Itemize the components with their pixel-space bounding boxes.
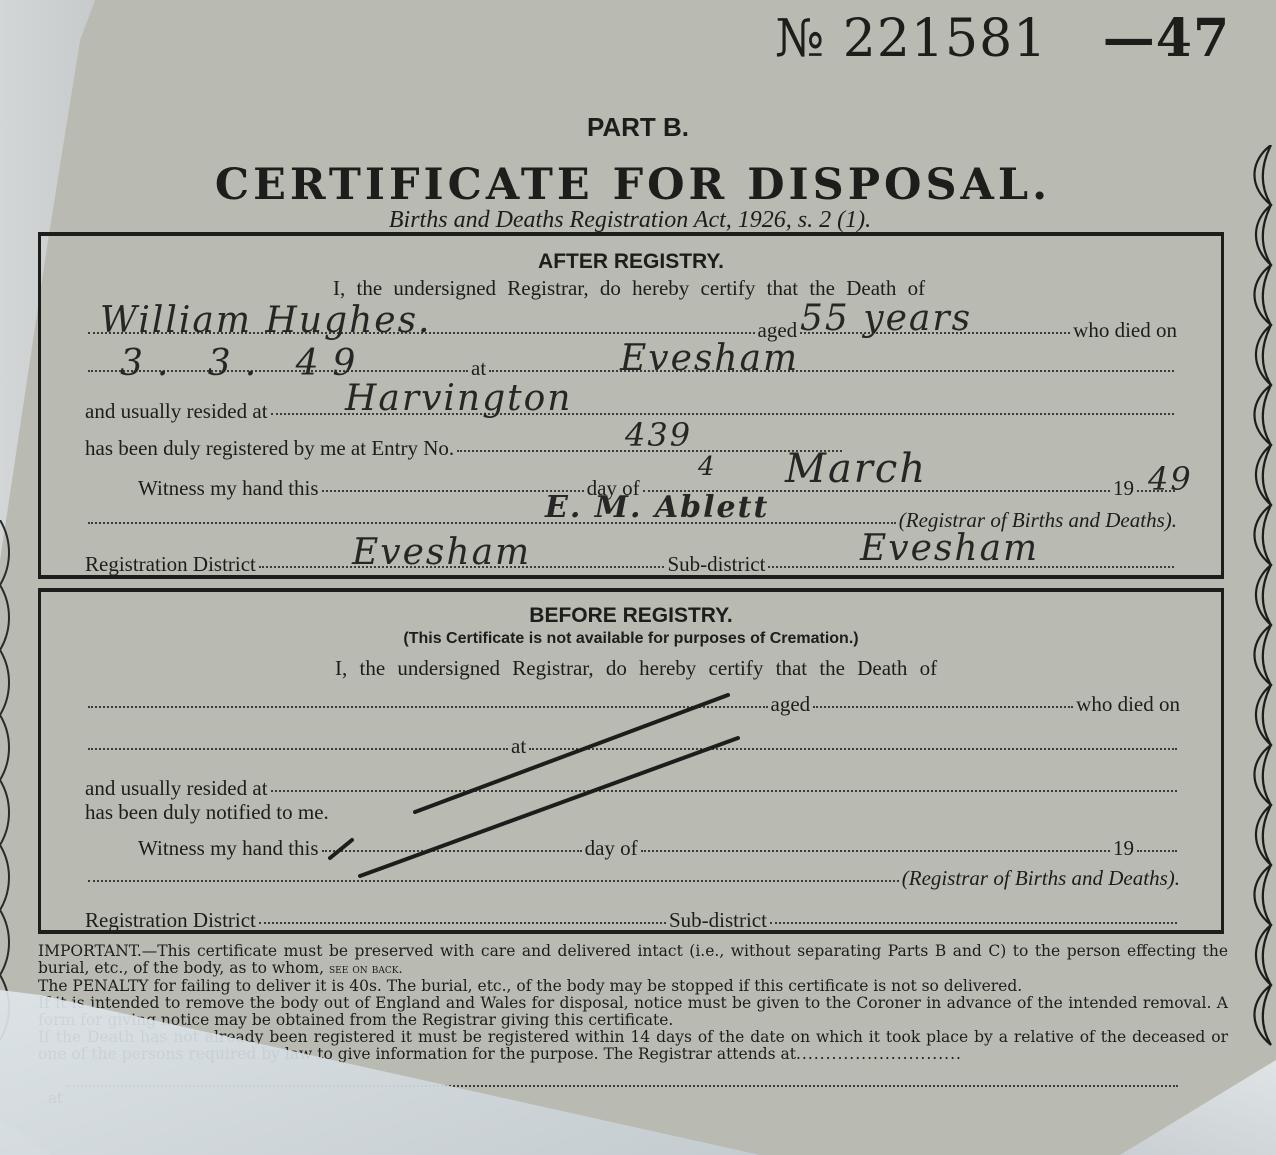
notice-important: IMPORTANT.—This certificate must be pres… <box>38 943 1228 978</box>
handwritten-place-of-death: Evesham <box>620 338 799 379</box>
before-date-field[interactable] <box>88 748 508 750</box>
handwritten-name: William Hughes. <box>100 300 432 341</box>
notice-penalty: The PENALTY for failing to deliver it is… <box>38 978 1228 995</box>
before-name-field[interactable] <box>88 706 768 708</box>
serial-prefix: № <box>775 9 825 69</box>
before-age-field[interactable] <box>813 706 1073 708</box>
handwritten-witness-day: 4 <box>698 452 717 482</box>
before-district-field[interactable] <box>259 922 666 924</box>
serial-suffix: —47 <box>1103 8 1230 69</box>
registrar-signature-field[interactable] <box>88 522 896 524</box>
before-intro: I, the undersigned Registrar, do hereby … <box>335 656 1180 681</box>
handwritten-subdistrict: Evesham <box>860 528 1039 569</box>
before-date-row: at <box>85 734 1180 759</box>
before-residence-field[interactable] <box>271 790 1177 792</box>
before-witness-month-field[interactable] <box>641 850 1110 852</box>
serial-value: 221581 <box>843 9 1048 69</box>
before-witness-day-field[interactable] <box>322 850 582 852</box>
handwritten-residence: Harvington <box>345 378 572 419</box>
notice-removal: If it is intended to remove the body out… <box>38 995 1228 1029</box>
document-title: CERTIFICATE FOR DISPOSAL. <box>118 160 1148 210</box>
after-intro: I, the undersigned Registrar, do hereby … <box>333 276 1178 301</box>
handwritten-age: 55 years <box>800 298 972 339</box>
before-registrar-signature-field[interactable] <box>88 880 899 882</box>
handwritten-witness-year: 49 <box>1148 460 1193 498</box>
before-place-field[interactable] <box>529 748 1177 750</box>
before-district-row: Registration District Sub-district <box>85 908 1180 933</box>
before-notified-row: has been duly notified to me. <box>85 800 329 825</box>
before-residence-row: and usually resided at <box>85 776 1180 801</box>
after-registry-section: AFTER REGISTRY. I, the undersigned Regis… <box>38 232 1224 579</box>
handwritten-death-date: 3. 3. 49 <box>120 343 369 384</box>
ornamental-border-right <box>1243 145 1276 1065</box>
before-witness-year-field[interactable] <box>1137 850 1177 852</box>
handwritten-witness-month: March <box>785 446 927 492</box>
before-name-row: aged who died on <box>85 692 1180 717</box>
handwritten-district: Evesham <box>352 532 531 573</box>
before-witness-row: Witness my hand this day of 19 <box>138 836 1180 861</box>
before-registry-heading: BEFORE REGISTRY. <box>41 604 1221 628</box>
after-registry-heading: AFTER REGISTRY. <box>41 250 1221 274</box>
part-label: PART B. <box>0 112 1276 143</box>
handwritten-registrar-signature: E. M. Ablett <box>545 490 769 525</box>
serial-number: № 221581 —47 <box>775 8 1230 69</box>
place-field[interactable] <box>489 370 1174 372</box>
after-entry-row: has been duly registered by me at Entry … <box>85 436 845 461</box>
document-subtitle: Births and Deaths Registration Act, 1926… <box>230 207 1030 234</box>
before-subdistrict-field[interactable] <box>770 922 1177 924</box>
handwritten-entry-no: 439 <box>625 416 692 454</box>
cremation-note: (This Certificate is not available for p… <box>41 630 1221 648</box>
before-registry-section: BEFORE REGISTRY. (This Certificate is no… <box>38 588 1224 934</box>
before-registrar-row: (Registrar of Births and Deaths). <box>85 866 1180 891</box>
